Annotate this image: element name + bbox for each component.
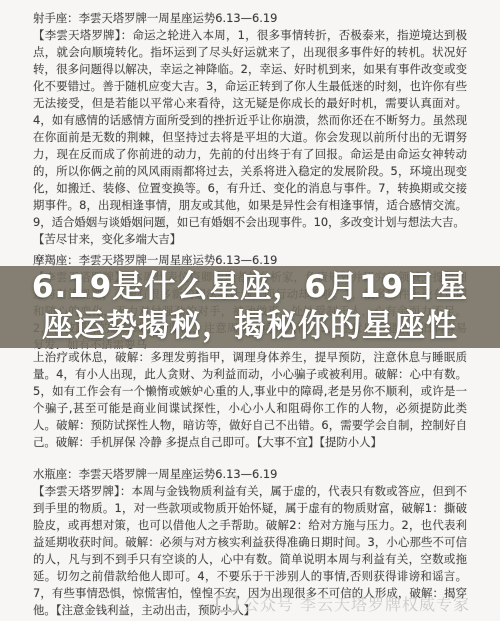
section-header-sagittarius: 射手座：李雲天塔罗牌一周星座运势6.13—6.19 [33,10,467,27]
wechat-logo-icon [216,595,238,612]
article-page: 射手座：李雲天塔罗牌一周星座运势6.13—6.19 【李雲天塔罗牌】：命运之轮进… [0,0,500,621]
title-banner-overlay: 6.19是什么星座，6月19日星 座运势揭秘，揭秘你的星座性 [0,266,500,348]
watermark: 公众号 李云天塔罗牌权威专家 [216,592,470,615]
section-body-capricorn: 上治疗或休息，破解：多理发剪指甲，调理身体养生，提早预防，注意休息与睡眠质量。4… [33,349,467,452]
section-header-aquarius: 水瓶座：李雲天塔罗牌一周星座运势6.13—6.19 [33,466,467,483]
banner-title-line-2: 座运势揭秘，揭秘你的星座性 [42,307,458,346]
section-footer-sagittarius: 【苦尽甘来，变化多端大吉】 [33,231,467,248]
banner-title-line-1: 6.19是什么星座，6月19日星 [32,268,468,307]
watermark-text: 公众号 李云天塔罗牌权威专家 [243,592,470,615]
section-sagittarius: 射手座：李雲天塔罗牌一周星座运势6.13—6.19 【李雲天塔罗牌】：命运之轮进… [33,10,467,252]
section-body-sagittarius: 【李雲天塔罗牌】：命运之轮进入本周，1，很多事情转折，否极泰来，指逆境达到极点，… [33,27,467,231]
